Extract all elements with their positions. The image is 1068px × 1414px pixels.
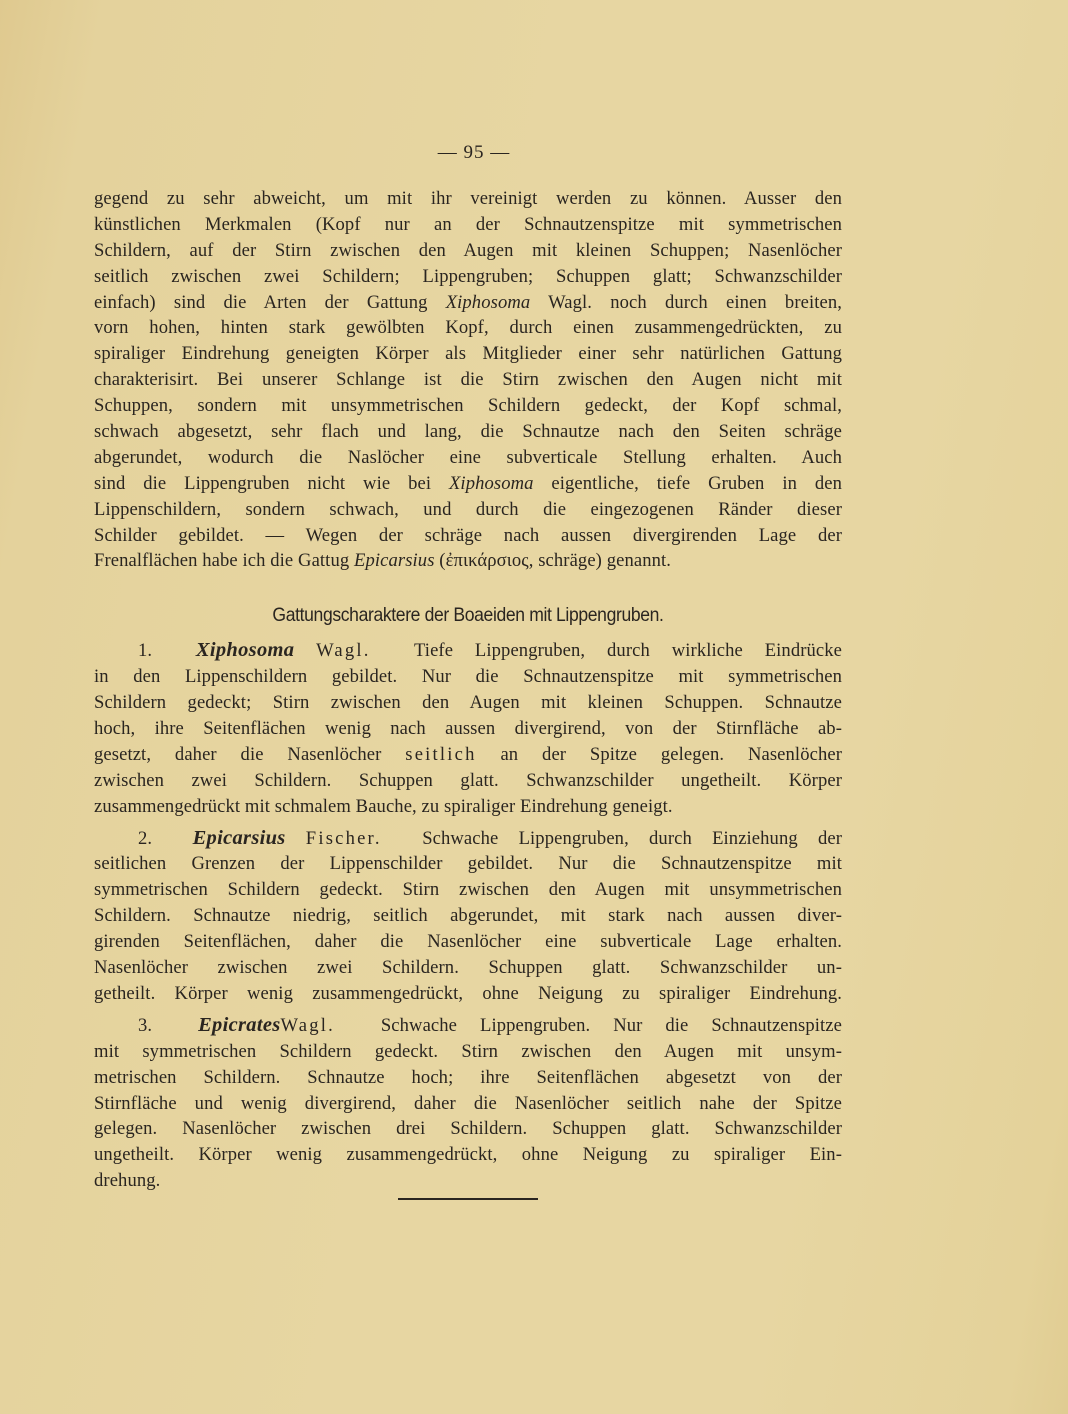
entry-number: 1.: [138, 640, 152, 661]
text-line: Stirnfläche und wenig divergirend, daher…: [94, 1091, 842, 1117]
text-line: seitlich zwischen zwei Schildern; Lippen…: [94, 264, 842, 290]
section-end-rule: [398, 1198, 538, 1200]
text-line: Lippenschildern, sondern schwach, und du…: [94, 497, 842, 523]
genus-entry-xiphosoma: 1. Xiphosoma Wagl. Tiefe Lippengruben, d…: [94, 638, 842, 819]
text-run: (ἐπικάρσιος, schräge) genannt.: [435, 550, 671, 571]
text-line: seitlichen Grenzen der Lippenschilder ge…: [94, 851, 842, 877]
text-run: einfach) sind die Arten der Gattung: [94, 292, 446, 313]
genus-name-italic: Epicarsius: [354, 550, 435, 571]
text-line: sind die Lippengruben nicht wie bei Xiph…: [94, 471, 842, 497]
entry-number: 3.: [138, 1015, 152, 1036]
text-line: charakterisirt. Bei unserer Schlange ist…: [94, 367, 842, 393]
text-run: Frenalflächen habe ich die Gattug: [94, 550, 354, 571]
text-line: gesetzt, daher die Nasenlöcher seitlich …: [94, 742, 842, 768]
text-line: schwach abgesetzt, sehr flach und lang, …: [94, 419, 842, 445]
text-line: gegend zu sehr abweicht, um mit ihr vere…: [94, 186, 842, 212]
intro-paragraph: gegend zu sehr abweicht, um mit ihr vere…: [94, 186, 842, 574]
text-line: vorn hohen, hinten stark gewölbten Kopf,…: [94, 315, 842, 341]
text-line: zusammengedrückt mit schmalem Bauche, zu…: [94, 794, 842, 820]
entry-first-line: 2. Epicarsius Fischer. Schwache Lippengr…: [94, 826, 842, 852]
text-line: drehung.: [94, 1168, 842, 1194]
text-line: metrischen Schildern. Schnautze hoch; ih…: [94, 1065, 842, 1091]
text-line: ungetheilt. Körper wenig zusammengedrück…: [94, 1142, 842, 1168]
genus-name: Xiphosoma: [196, 639, 294, 661]
genus-name-italic: Xiphosoma: [446, 292, 531, 313]
entry-first-line: 1. Xiphosoma Wagl. Tiefe Lippengruben, d…: [94, 638, 842, 664]
text-line: einfach) sind die Arten der Gattung Xiph…: [94, 290, 842, 316]
text-line: Frenalflächen habe ich die Gattug Epicar…: [94, 548, 842, 574]
genus-author: Wagl.: [316, 640, 370, 661]
text-line: in den Lippenschildern gebildet. Nur die…: [94, 664, 842, 690]
genus-entry-epicrates: 3. EpicratesWagl. Schwache Lippengruben.…: [94, 1013, 842, 1194]
entry-number: 2.: [138, 828, 152, 849]
text-line: abgerundet, wodurch die Naslöcher eine s…: [94, 445, 842, 471]
text-run: eigentliche, tiefe Gruben in den: [534, 473, 842, 494]
text-line: girenden Seitenflächen, daher die Nasenl…: [94, 929, 842, 955]
text-line: getheilt. Körper wenig zusammengedrückt,…: [94, 981, 842, 1007]
emphasized-spaced-text: seitlich: [405, 744, 476, 765]
genus-entry-epicarsius: 2. Epicarsius Fischer. Schwache Lippengr…: [94, 826, 842, 1007]
section-heading: Gattungscharaktere der Boaeiden mit Lipp…: [131, 600, 804, 630]
text-line: Schilder gebildet. — Wegen der schräge n…: [94, 523, 842, 549]
text-line: zwischen zwei Schildern. Schuppen glatt.…: [94, 768, 842, 794]
genus-name-italic: Xiphosoma: [449, 473, 534, 494]
genus-name: Epicarsius: [193, 827, 286, 849]
genus-name: Epicrates: [198, 1014, 280, 1036]
text-line: Schildern gedeckt; Stirn zwischen den Au…: [94, 690, 842, 716]
text-line: Schuppen, sondern mit unsymmetrischen Sc…: [94, 393, 842, 419]
text-line: künstlichen Merkmalen (Kopf nur an der S…: [94, 212, 842, 238]
page-number: — 95 —: [106, 140, 842, 166]
text-run: sind die Lippengruben nicht wie bei: [94, 473, 449, 494]
genus-author: Fischer.: [306, 828, 382, 849]
text-line: symmetrischen Schildern gedeckt. Stirn z…: [94, 877, 842, 903]
entry-first-line: 3. EpicratesWagl. Schwache Lippengruben.…: [94, 1013, 842, 1039]
text-run: Schwache Lippengruben, durch Einziehung …: [422, 828, 842, 849]
genus-author: Wagl.: [281, 1015, 335, 1036]
text-line: spiraliger Eindrehung geneigten Körper a…: [94, 341, 842, 367]
text-line: hoch, ihre Seitenflächen wenig nach auss…: [94, 716, 842, 742]
text-run: gesetzt, daher die Nasenlöcher: [94, 744, 405, 765]
text-line: Schildern, auf der Stirn zwischen den Au…: [94, 238, 842, 264]
text-line: Nasenlöcher zwischen zwei Schildern. Sch…: [94, 955, 842, 981]
text-run: Tiefe Lippengruben, durch wirkliche Eind…: [414, 640, 842, 661]
text-line: Schildern. Schnautze niedrig, seitlich a…: [94, 903, 842, 929]
text-run: Schwache Lippengruben. Nur die Schnautze…: [381, 1015, 842, 1036]
text-line: mit symmetrischen Schildern gedeckt. Sti…: [94, 1039, 842, 1065]
text-run: Wagl. noch durch einen breiten,: [530, 292, 842, 313]
text-run: an der Spitze gelegen. Nasenlöcher: [477, 744, 842, 765]
text-line: gelegen. Nasenlöcher zwischen drei Schil…: [94, 1116, 842, 1142]
book-page: — 95 — gegend zu sehr abweicht, um mit i…: [94, 140, 842, 1200]
